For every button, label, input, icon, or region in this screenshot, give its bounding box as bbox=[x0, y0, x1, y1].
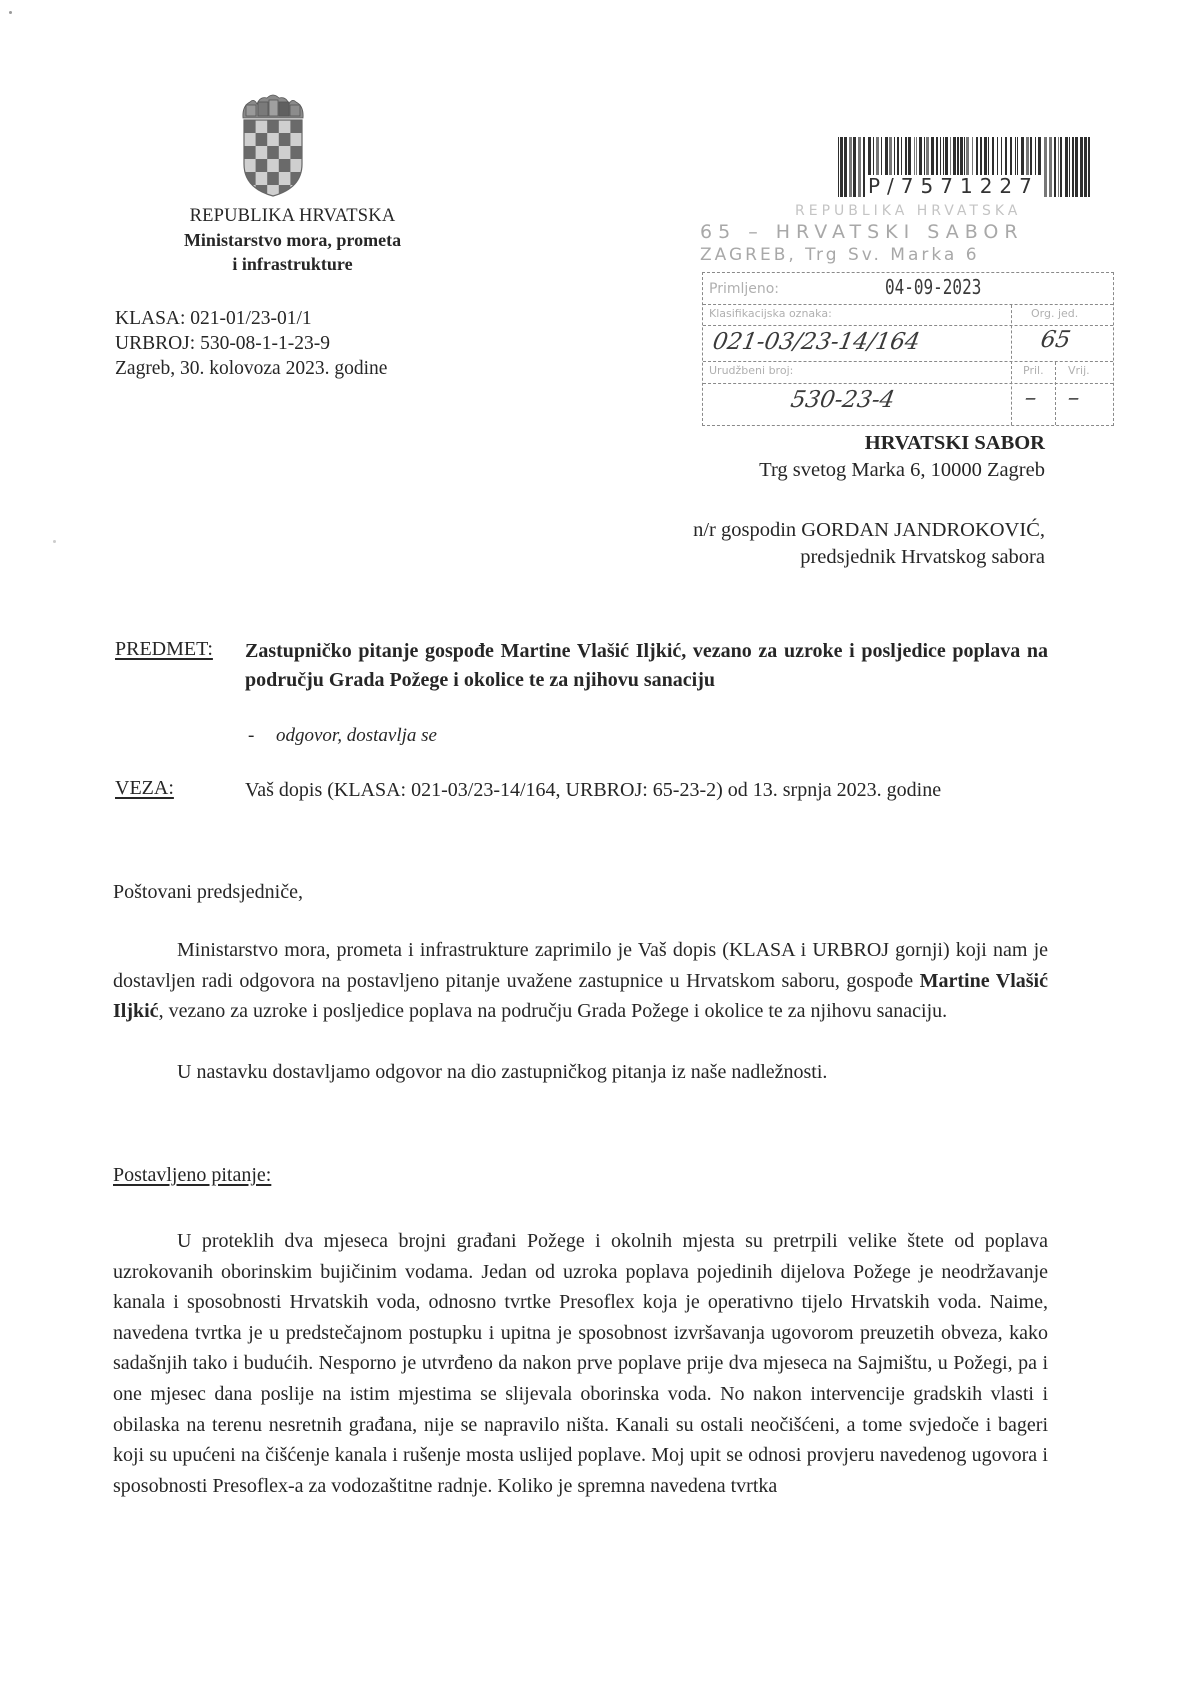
intro-text-cont: , vezano za uzroke i posljedice poplava … bbox=[159, 1000, 948, 1022]
stamp-line3: ZAGREB, Trg Sv. Marka 6 bbox=[700, 245, 980, 265]
intro-text: Ministarstvo mora, prometa i infrastrukt… bbox=[113, 939, 1048, 992]
ministry-name-line2: i infrastrukture bbox=[120, 252, 465, 276]
recipient-address: Trg svetog Marka 6, 10000 Zagreb bbox=[759, 457, 1045, 484]
intro-paragraph: Ministarstvo mora, prometa i infrastrukt… bbox=[113, 935, 1048, 1027]
stamp-line1: REPUBLIKA HRVATSKA bbox=[795, 203, 1021, 219]
classification-label: Klasifikacijska oznaka: bbox=[709, 307, 832, 320]
issuer-block: REPUBLIKA HRVATSKA Ministarstvo mora, pr… bbox=[120, 204, 465, 276]
urbroj: URBROJ: 530-08-1-1-23-9 bbox=[115, 331, 387, 356]
receipt-stamp: Primljeno: 04-09-2023 Klasifikacijska oz… bbox=[702, 272, 1114, 426]
coat-of-arms-icon bbox=[240, 88, 306, 198]
attention-line2: predsjednik Hrvatskog sabora bbox=[693, 544, 1045, 571]
stamp-line2: 65 – HRVATSKI SABOR bbox=[700, 221, 1024, 243]
org-unit-label: Org. jed. bbox=[1031, 307, 1078, 320]
country-name: REPUBLIKA HRVATSKA bbox=[120, 204, 465, 228]
attention-block: n/r gospodin GORDAN JANDROKOVIĆ, predsje… bbox=[693, 517, 1045, 571]
reference-label: VEZA: bbox=[115, 777, 174, 800]
registry-label: Urudžbeni broj: bbox=[709, 364, 793, 377]
barcode-number: P/7571227 bbox=[866, 175, 1041, 197]
subject-text: Zastupničko pitanje gospođe Martine Vlaš… bbox=[245, 637, 1048, 695]
received-date: 04-09-2023 bbox=[885, 275, 981, 299]
place-date: Zagreb, 30. kolovoza 2023. godine bbox=[115, 356, 387, 381]
recipient-name: HRVATSKI SABOR bbox=[759, 430, 1045, 457]
salutation: Poštovani predsjedniče, bbox=[113, 877, 1048, 908]
org-unit-value: 65 bbox=[1039, 327, 1073, 353]
attachments-value: – bbox=[1023, 385, 1039, 411]
subject-note-dash: - bbox=[248, 725, 276, 747]
attention-line1: n/r gospodin GORDAN JANDROKOVIĆ, bbox=[693, 517, 1045, 544]
value-label: Vrij. bbox=[1068, 364, 1090, 377]
subject-label: PREDMET: bbox=[115, 638, 213, 661]
subject-note-text: odgovor, dostavlja se bbox=[276, 725, 437, 746]
value-value: – bbox=[1066, 385, 1082, 411]
received-label: Primljeno: bbox=[709, 281, 779, 297]
recipient-block: HRVATSKI SABOR Trg svetog Marka 6, 10000… bbox=[759, 430, 1045, 484]
ministry-name-line1: Ministarstvo mora, prometa bbox=[120, 228, 465, 252]
subject-note: -odgovor, dostavlja se bbox=[248, 725, 437, 747]
registry-value: 530-23-4 bbox=[789, 387, 897, 413]
reference-text: Vaš dopis (KLASA: 021-03/23-14/164, URBR… bbox=[245, 776, 1048, 805]
scan-speck bbox=[9, 11, 12, 14]
attachments-label: Pril. bbox=[1023, 364, 1044, 377]
section-heading: Postavljeno pitanje: bbox=[113, 1164, 271, 1187]
document-references: KLASA: 021-01/23-01/1 URBROJ: 530-08-1-1… bbox=[115, 306, 387, 381]
question-paragraph: U proteklih dva mjeseca brojni građani P… bbox=[113, 1226, 1048, 1501]
klasa: KLASA: 021-01/23-01/1 bbox=[115, 306, 387, 331]
classification-value: 021-03/23-14/164 bbox=[711, 329, 922, 355]
scan-speck bbox=[53, 540, 56, 543]
intro-paragraph-2: U nastavku dostavljamo odgovor na dio za… bbox=[113, 1057, 1048, 1088]
barcode: P/7571227 bbox=[838, 137, 1092, 199]
